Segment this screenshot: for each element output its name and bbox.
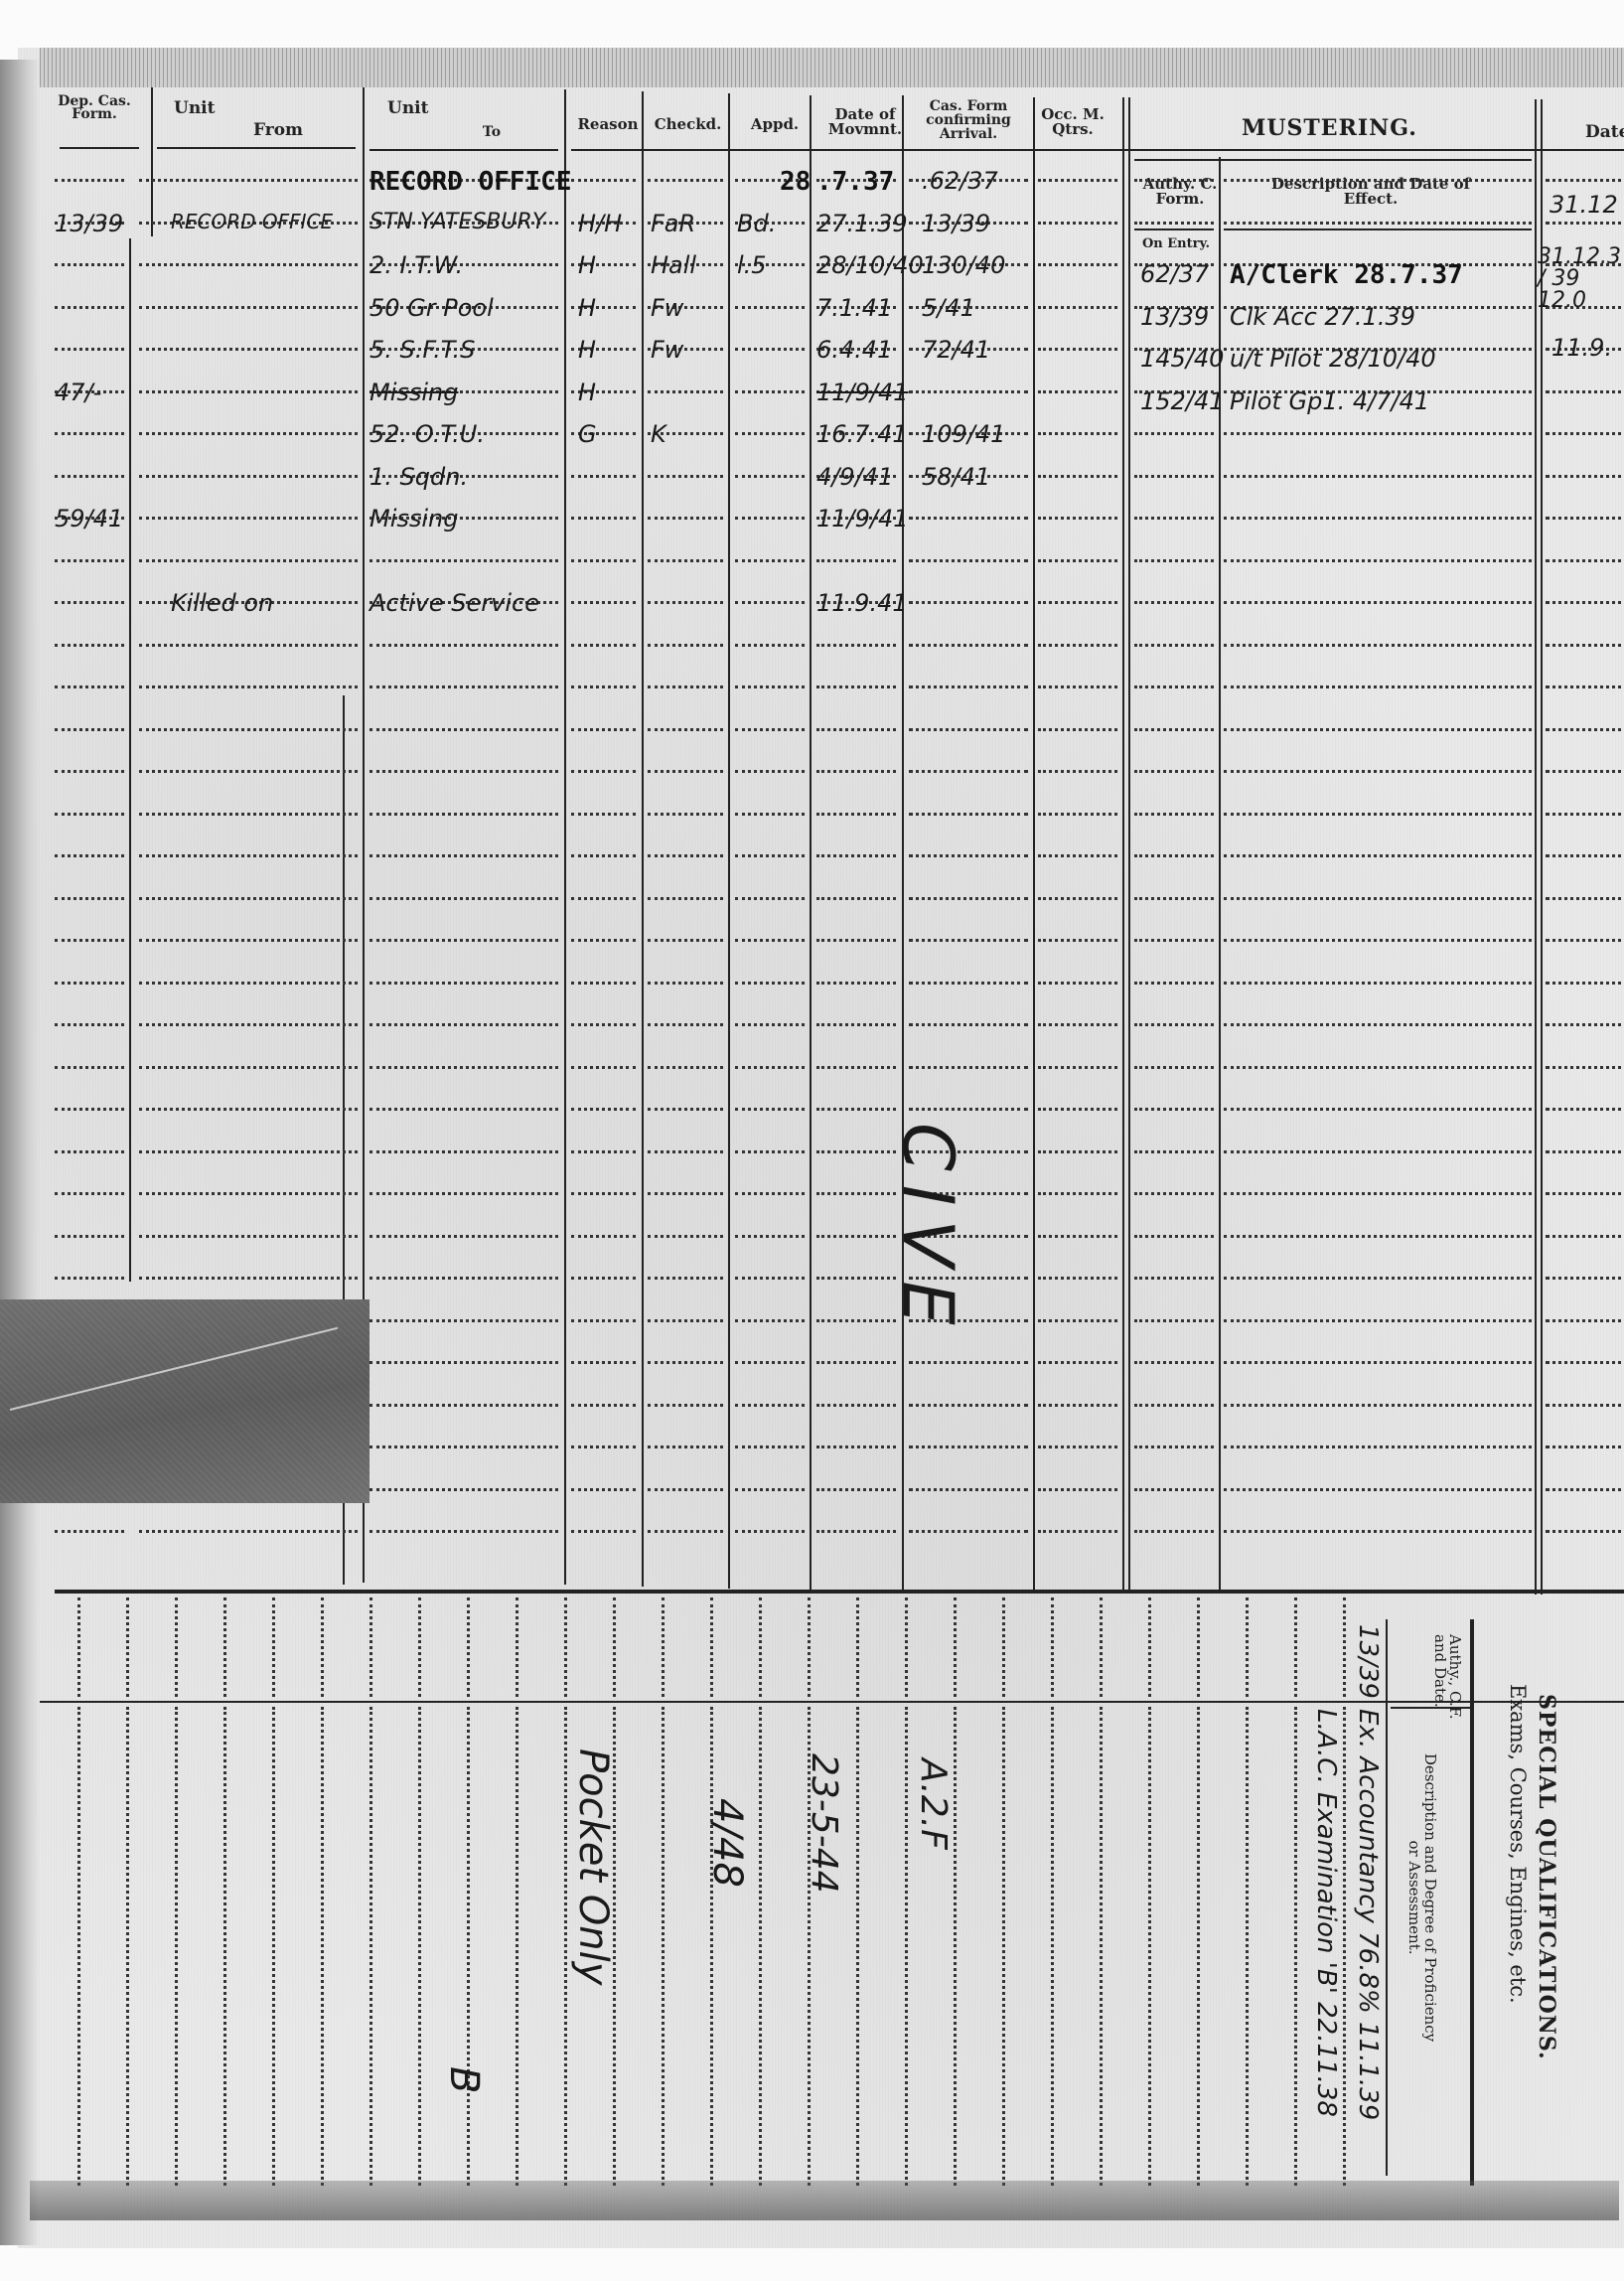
dotted-rule: [1546, 728, 1624, 731]
rule: [60, 147, 139, 149]
dotted-rule: [1224, 601, 1532, 604]
dotted-column: [1197, 1597, 1200, 1697]
dotted-rule: [55, 685, 124, 688]
dotted-column: [905, 1707, 908, 2186]
dotted-rule: [1134, 685, 1214, 688]
dotted-rule: [1134, 770, 1214, 773]
dotted-rule: [1038, 348, 1117, 351]
header-unit-from-top: Unit: [174, 99, 233, 117]
dotted-rule: [55, 897, 124, 900]
dotted-rule: [648, 1150, 723, 1153]
dotted-rule: [571, 1192, 636, 1195]
dotted-rule: [816, 897, 896, 900]
dotted-rule: [1134, 222, 1214, 225]
dotted-rule: [735, 770, 805, 773]
dotted-column: [175, 1707, 178, 2186]
dotted-rule: [816, 1277, 896, 1280]
dotted-rule: [571, 1235, 636, 1238]
dotted-rule: [1224, 1235, 1532, 1238]
header-dep-cas-form: Dep. Cas. Form.: [50, 95, 139, 121]
dotted-rule: [139, 728, 358, 731]
mustering-on-entry-label: On Entry.: [1136, 236, 1216, 251]
dotted-rule: [909, 601, 1028, 604]
dotted-rule: [735, 1066, 805, 1069]
dotted-rule: [1038, 1023, 1117, 1026]
dotted-rule: [735, 813, 805, 816]
dotted-rule: [1224, 1066, 1532, 1069]
dotted-column: [126, 1597, 129, 1697]
dotted-rule: [139, 306, 358, 309]
dotted-rule: [139, 1150, 358, 1153]
rule: [1134, 228, 1214, 230]
dotted-rule: [1224, 939, 1532, 942]
dotted-rule: [816, 1150, 896, 1153]
dotted-rule: [1038, 517, 1117, 520]
cell-unit-to: Missing: [369, 379, 459, 406]
dotted-column: [1002, 1707, 1005, 2186]
dotted-rule: [1038, 1192, 1117, 1195]
dotted-rule: [1224, 1150, 1532, 1153]
dotted-rule: [571, 1488, 636, 1491]
dotted-rule: [735, 601, 805, 604]
cell-cas-form-arrival: 13/39: [922, 210, 990, 237]
dotted-rule: [1038, 685, 1117, 688]
dotted-rule: [735, 1150, 805, 1153]
dotted-rule: [55, 1192, 124, 1195]
divider: [129, 238, 131, 1282]
dotted-rule: [648, 897, 723, 900]
dotted-column: [1100, 1597, 1103, 1697]
dotted-column: [1294, 1597, 1297, 1697]
dotted-rule: [55, 306, 124, 309]
dotted-rule: [571, 559, 636, 562]
margin-annotation: CIVE: [887, 1123, 968, 1339]
dotted-rule: [1134, 1488, 1214, 1491]
dotted-rule: [55, 1235, 124, 1238]
dotted-rule: [369, 559, 558, 562]
dotted-rule: [571, 685, 636, 688]
dotted-rule: [816, 1066, 896, 1069]
dotted-rule: [1038, 390, 1117, 393]
dotted-rule: [1038, 1235, 1117, 1238]
dotted-rule: [1038, 728, 1117, 731]
cell-unit-to: 2. I.T.W.: [369, 251, 463, 279]
dotted-rule: [139, 1108, 358, 1111]
dotted-rule: [571, 770, 636, 773]
mustering-description: u/t Pilot 28/10/40: [1230, 345, 1436, 373]
lower-annotation: A.2.F: [913, 1758, 954, 1850]
dotted-rule: [735, 475, 805, 478]
dotted-rule: [571, 1319, 636, 1322]
dotted-rule: [1038, 770, 1117, 773]
cell-date-movement: 7.1.41: [816, 294, 892, 322]
dotted-rule: [55, 475, 124, 478]
dotted-rule: [571, 1108, 636, 1111]
dotted-rule: [735, 390, 805, 393]
dotted-rule: [1134, 432, 1214, 435]
dotted-column: [808, 1597, 811, 1697]
header-unit-to-bottom: To: [457, 123, 526, 141]
dotted-column: [321, 1597, 324, 1697]
dotted-rule: [909, 559, 1028, 562]
dotted-rule: [1224, 685, 1532, 688]
dotted-rule: [1038, 1445, 1117, 1448]
mustering-description: Pilot Gp1. 4/7/41: [1230, 387, 1429, 415]
dotted-rule: [909, 685, 1028, 688]
dotted-rule: [735, 1445, 805, 1448]
date-value: 31.12: [1550, 191, 1618, 219]
cell-date-movement: 6.4.41: [816, 336, 892, 364]
dotted-rule: [735, 1277, 805, 1280]
dotted-rule: [571, 854, 636, 857]
dotted-rule: [1546, 939, 1624, 942]
dotted-rule: [648, 854, 723, 857]
dotted-rule: [1038, 1530, 1117, 1533]
dotted-rule: [648, 644, 723, 647]
dotted-rule: [1546, 432, 1624, 435]
dotted-rule: [1134, 517, 1214, 520]
dotted-rule: [909, 1361, 1028, 1364]
dotted-column: [272, 1707, 275, 2186]
dotted-rule: [55, 1066, 124, 1069]
dotted-rule: [816, 1023, 896, 1026]
mustering-authy: 13/39: [1140, 303, 1209, 331]
special-qualifications-description-header: Description and Degree of Proficiency or…: [1406, 1749, 1438, 2047]
dotted-rule: [369, 1235, 558, 1238]
dotted-column: [564, 1597, 567, 1697]
dotted-rule: [369, 1108, 558, 1111]
dotted-rule: [1038, 306, 1117, 309]
cell-unit-from: RECORD OFFICE: [171, 210, 333, 233]
dotted-rule: [1224, 854, 1532, 857]
dotted-rule: [571, 813, 636, 816]
dotted-rule: [571, 179, 636, 182]
dotted-rule: [1224, 559, 1532, 562]
dotted-rule: [735, 644, 805, 647]
dotted-column: [77, 1597, 80, 1697]
cell-date-movement: 4/9/41: [816, 463, 893, 491]
dotted-rule: [735, 517, 805, 520]
cell-cas-form-arrival: .62/37: [922, 167, 998, 195]
mustering-authy: 152/41: [1140, 387, 1224, 415]
qualification-description: L.A.C. Examination 'B' 22.11.38: [1311, 1709, 1341, 2117]
dotted-rule: [1134, 813, 1214, 816]
dotted-rule: [55, 1150, 124, 1153]
dotted-rule: [369, 1445, 558, 1448]
mustering-description: A/Clerk 28.7.37: [1230, 260, 1463, 290]
dotted-rule: [55, 1277, 124, 1280]
dotted-column: [77, 1707, 80, 2186]
dotted-rule: [648, 1277, 723, 1280]
dotted-rule: [55, 644, 124, 647]
dotted-rule: [139, 897, 358, 900]
dotted-rule: [1224, 644, 1532, 647]
dotted-rule: [735, 348, 805, 351]
dotted-rule: [648, 1235, 723, 1238]
qualification-authy: 13/39: [1353, 1624, 1383, 1699]
dotted-rule: [139, 432, 358, 435]
dotted-rule: [1038, 982, 1117, 985]
dotted-rule: [1546, 1150, 1624, 1153]
dotted-rule: [1224, 1361, 1532, 1364]
dotted-rule: [1546, 1404, 1624, 1407]
cell-unit-to: RECORD OFFICE: [369, 167, 572, 197]
dotted-rule: [816, 982, 896, 985]
dotted-rule: [735, 1488, 805, 1491]
dotted-rule: [1224, 517, 1532, 520]
dotted-rule: [1134, 982, 1214, 985]
dotted-rule: [816, 1488, 896, 1491]
dotted-column: [516, 1707, 518, 2186]
dotted-rule: [816, 1530, 896, 1533]
dotted-rule: [1038, 601, 1117, 604]
dotted-rule: [1224, 813, 1532, 816]
dotted-rule: [1224, 1108, 1532, 1111]
dotted-column: [905, 1597, 908, 1697]
dotted-rule: [1134, 179, 1214, 182]
scan-bottom-edge: [30, 2181, 1619, 2220]
cell-date-movement: 27.1.39: [816, 210, 908, 237]
dotted-rule: [1224, 1319, 1532, 1322]
dotted-rule: [139, 982, 358, 985]
dotted-rule: [909, 897, 1028, 900]
dotted-rule: [648, 1530, 723, 1533]
section-divider: [55, 1590, 1624, 1594]
dotted-column: [272, 1597, 275, 1697]
special-qualifications-title: SPECIAL QUALIFICATIONS.: [1534, 1694, 1559, 2060]
dotted-rule: [909, 1404, 1028, 1407]
cell-dep-cas-form: 59/41: [55, 505, 123, 532]
dotted-rule: [55, 1530, 124, 1533]
dotted-rule: [1134, 644, 1214, 647]
dotted-rule: [139, 559, 358, 562]
dotted-column: [369, 1597, 372, 1697]
dotted-rule: [1038, 897, 1117, 900]
dotted-rule: [1038, 179, 1117, 182]
dotted-column: [1100, 1707, 1103, 2186]
cell-cas-form-arrival: 58/41: [922, 463, 990, 491]
dotted-rule: [648, 1192, 723, 1195]
cell-checkd: Fw: [651, 294, 683, 322]
dotted-column: [369, 1707, 372, 2186]
divider: [728, 93, 730, 1589]
dotted-column: [759, 1597, 762, 1697]
dotted-rule: [1546, 1108, 1624, 1111]
dotted-rule: [816, 559, 896, 562]
dotted-rule: [1134, 1277, 1214, 1280]
dotted-rule: [1546, 644, 1624, 647]
dotted-column: [126, 1707, 129, 2186]
cell-dep-cas-form: 13/39: [55, 210, 123, 237]
dotted-rule: [571, 1361, 636, 1364]
dotted-rule: [648, 1361, 723, 1364]
cell-checkd: Fw: [651, 336, 683, 364]
dotted-rule: [909, 1530, 1028, 1533]
lower-annotation: 23-5-44: [804, 1753, 844, 1894]
dotted-rule: [735, 728, 805, 731]
header-unit-to-top: Unit: [387, 99, 447, 117]
dotted-rule: [1546, 1319, 1624, 1322]
divider: [1386, 1619, 1388, 2176]
dotted-rule: [1546, 179, 1624, 182]
dotted-rule: [55, 770, 124, 773]
dotted-rule: [55, 179, 124, 182]
dotted-rule: [139, 644, 358, 647]
dotted-rule: [816, 1108, 896, 1111]
cell-checkd: Hall: [651, 251, 696, 279]
dotted-rule: [648, 179, 723, 182]
dotted-rule: [55, 854, 124, 857]
dotted-column: [662, 1707, 664, 2186]
dotted-rule: [909, 517, 1028, 520]
dotted-rule: [55, 559, 124, 562]
dotted-rule: [139, 263, 358, 266]
dotted-rule: [735, 1530, 805, 1533]
divider: [1128, 97, 1130, 1593]
mustering-authy: 62/37: [1140, 260, 1209, 288]
dotted-rule: [1546, 770, 1624, 773]
dotted-rule: [1038, 559, 1117, 562]
dotted-rule: [1134, 1235, 1214, 1238]
dotted-rule: [735, 1235, 805, 1238]
cell-unit-to: 50 Gr Pool: [369, 294, 494, 322]
dotted-column: [175, 1597, 178, 1697]
dotted-rule: [55, 601, 124, 604]
dotted-rule: [369, 1023, 558, 1026]
rule: [1224, 228, 1532, 230]
dotted-rule: [369, 728, 558, 731]
dotted-rule: [55, 1108, 124, 1111]
cell-reason: H: [578, 336, 596, 364]
dotted-rule: [909, 854, 1028, 857]
dotted-rule: [1224, 1445, 1532, 1448]
dotted-rule: [1038, 1277, 1117, 1280]
dotted-column: [1246, 1597, 1249, 1697]
dotted-rule: [55, 263, 124, 266]
dotted-rule: [1038, 1066, 1117, 1069]
dotted-rule: [1038, 222, 1117, 225]
scan-left-edge: [0, 60, 40, 2245]
dotted-rule: [571, 1277, 636, 1280]
dotted-rule: [1546, 1235, 1624, 1238]
dotted-rule: [1546, 1023, 1624, 1026]
cell-date-movement: 11/9/41: [816, 379, 909, 406]
dotted-rule: [139, 939, 358, 942]
dotted-rule: [1224, 222, 1532, 225]
dotted-rule: [1546, 854, 1624, 857]
dotted-rule: [139, 813, 358, 816]
special-qualifications-authy-header: Authy., C.F. and Date.: [1432, 1634, 1462, 1724]
dotted-rule: [1038, 1319, 1117, 1322]
dotted-rule: [648, 1108, 723, 1111]
dotted-column: [954, 1707, 957, 2186]
cell-date-movement: 16.7.41: [816, 420, 908, 448]
dotted-rule: [369, 982, 558, 985]
dotted-rule: [909, 390, 1028, 393]
dotted-rule: [735, 1192, 805, 1195]
dotted-rule: [1546, 1361, 1624, 1364]
rule: [157, 147, 356, 149]
dotted-rule: [816, 813, 896, 816]
dotted-rule: [571, 897, 636, 900]
dotted-column: [223, 1707, 226, 2186]
dotted-rule: [816, 1235, 896, 1238]
dotted-rule: [909, 644, 1028, 647]
dotted-rule: [1134, 1108, 1214, 1111]
dotted-rule: [1546, 685, 1624, 688]
dotted-column: [856, 1707, 859, 2186]
dotted-rule: [816, 644, 896, 647]
cell-date-movement: .7.37: [816, 167, 894, 197]
dotted-column: [418, 1597, 421, 1697]
cell-unit-to: 1. Sqdn.: [369, 463, 468, 491]
divider: [151, 87, 153, 236]
dotted-rule: [909, 982, 1028, 985]
dotted-rule: [735, 939, 805, 942]
dotted-column: [856, 1597, 859, 1697]
special-qualifications-subtitle: Exams, Courses, Engines, etc.: [1506, 1684, 1530, 2004]
dotted-rule: [1038, 854, 1117, 857]
dotted-rule: [139, 348, 358, 351]
dotted-rule: [648, 813, 723, 816]
divider: [1535, 99, 1537, 1595]
dotted-rule: [1134, 1319, 1214, 1322]
header-checkd: Checkd.: [646, 117, 730, 132]
dotted-rule: [55, 728, 124, 731]
dotted-rule: [648, 559, 723, 562]
dotted-rule: [648, 517, 723, 520]
dotted-column: [662, 1597, 664, 1697]
dotted-rule: [571, 728, 636, 731]
dotted-rule: [55, 813, 124, 816]
dotted-rule: [735, 685, 805, 688]
dotted-rule: [648, 1488, 723, 1491]
dotted-rule: [1134, 1404, 1214, 1407]
cell-reason: G: [578, 420, 597, 448]
dotted-rule: [816, 1445, 896, 1448]
dotted-rule: [1224, 897, 1532, 900]
dotted-rule: [1546, 897, 1624, 900]
dotted-rule: [139, 1023, 358, 1026]
mustering-authy: 145/40: [1140, 345, 1224, 373]
cell-date-movement: 11.9.41: [816, 589, 908, 617]
dotted-rule: [648, 685, 723, 688]
dotted-rule: [1224, 770, 1532, 773]
header-date-of-movement: Date of Movmnt.: [820, 107, 910, 137]
dotted-rule: [369, 1404, 558, 1407]
dotted-rule: [139, 1066, 358, 1069]
dotted-rule: [648, 1023, 723, 1026]
divider: [1470, 1619, 1474, 2186]
dotted-rule: [55, 432, 124, 435]
dotted-rule: [369, 939, 558, 942]
dotted-rule: [139, 179, 358, 182]
dotted-rule: [571, 982, 636, 985]
dotted-rule: [648, 1445, 723, 1448]
dotted-rule: [1038, 1108, 1117, 1111]
dotted-rule: [735, 1319, 805, 1322]
divider: [810, 95, 812, 1591]
dotted-rule: [1038, 475, 1117, 478]
dotted-rule: [369, 1150, 558, 1153]
dotted-rule: [648, 390, 723, 393]
dotted-rule: [1134, 728, 1214, 731]
dotted-rule: [1038, 1404, 1117, 1407]
cell-appd: Bd.: [737, 210, 776, 237]
dotted-rule: [816, 728, 896, 731]
dotted-rule: [1134, 475, 1214, 478]
cell-cas-form-arrival: 109/41: [922, 420, 1005, 448]
